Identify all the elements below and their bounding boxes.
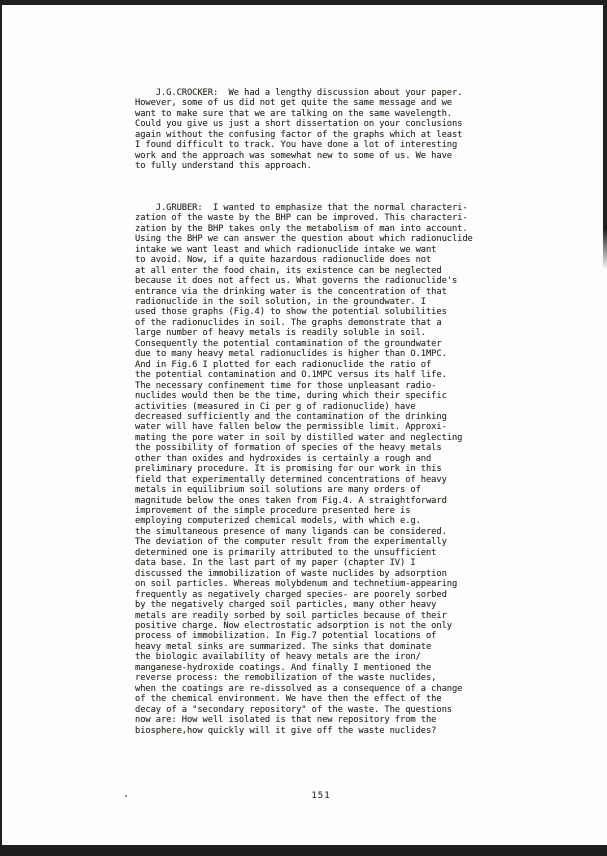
scanned-document-page: J.G.CROCKER: We had a lengthy discussion…: [0, 0, 607, 856]
paragraph-crocker: J.G.CROCKER: We had a lengthy discussion…: [135, 88, 495, 172]
page-number: 151: [135, 791, 507, 801]
scan-border-left: [0, 0, 2, 856]
scan-border-top: [0, 0, 607, 5]
scan-border-bottom: [0, 845, 607, 856]
scan-speck: [125, 795, 127, 797]
text-block: J.G.CROCKER: We had a lengthy discussion…: [135, 67, 495, 767]
scan-border-right: [603, 0, 607, 270]
paragraph-gruber: J.GRUBER: I wanted to emphasize that the…: [135, 203, 495, 736]
